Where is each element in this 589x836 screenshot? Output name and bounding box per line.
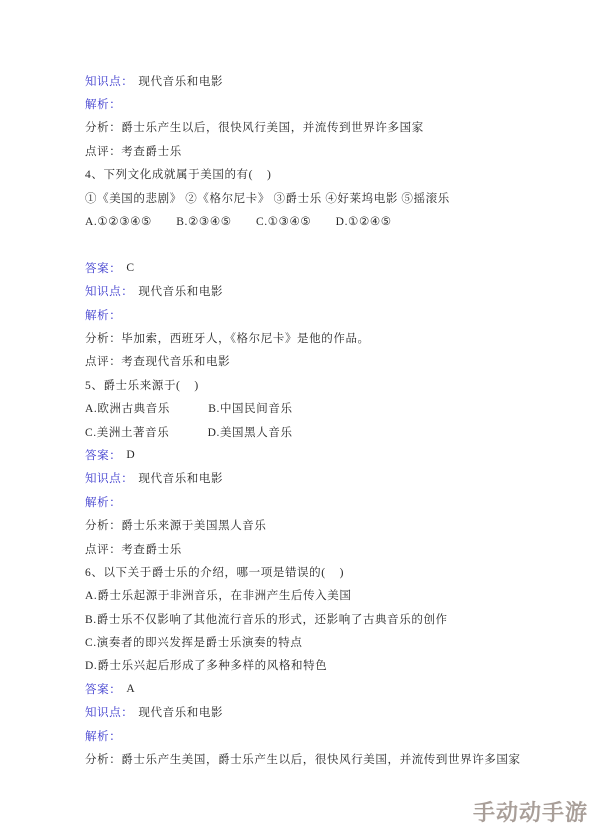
comment-line: 点评：考查现代音乐和电影 bbox=[85, 350, 571, 373]
question-6-stem: 6、以下关于爵士乐的介绍，哪一项是错误的( ) bbox=[85, 560, 571, 583]
answer-value: C bbox=[126, 262, 134, 274]
jiexi-label: 解析： bbox=[85, 96, 121, 112]
line-text: D.爵士乐兴起后形成了多种多样的风格和特色 bbox=[85, 657, 327, 673]
answer-line-q6: 答案： A bbox=[85, 677, 571, 700]
answer-label: 答案： bbox=[85, 447, 121, 463]
line-text: 点评：考查现代音乐和电影 bbox=[85, 353, 230, 369]
line-text: A.①②③④⑤ B.②③④⑤ C.①③④⑤ D.①②④⑤ bbox=[85, 214, 392, 228]
knowledge-point-label: 知识点： bbox=[85, 470, 133, 486]
jiexi-line: 解析： bbox=[85, 92, 571, 115]
question-4-choices: A.①②③④⑤ B.②③④⑤ C.①③④⑤ D.①②④⑤ bbox=[85, 209, 571, 232]
knowledge-point-value: 现代音乐和电影 bbox=[138, 704, 223, 720]
line-text: 分析：爵士乐产生美国，爵士乐产生以后，很快风行美国，并流传到世界许多国家 bbox=[85, 751, 521, 767]
comment-line: 点评：考查爵士乐 bbox=[85, 139, 571, 162]
jiexi-line: 解析： bbox=[85, 303, 571, 326]
line-text: 4、下列文化成就属于美国的有( ) bbox=[85, 166, 271, 182]
question-6-choice-c: C.演奏者的即兴发挥是爵士乐演奏的特点 bbox=[85, 630, 571, 653]
question-6-choice-a: A.爵士乐起源于非洲音乐，在非洲产生后传入美国 bbox=[85, 584, 571, 607]
jiexi-label: 解析： bbox=[85, 494, 121, 510]
knowledge-point-label: 知识点： bbox=[85, 73, 133, 89]
question-5-choices-ab: A.欧洲古典音乐 B.中国民间音乐 bbox=[85, 396, 571, 419]
exam-document: 知识点： 现代音乐和电影 解析： 分析：爵士乐产生以后，很快风行美国，并流传到世… bbox=[85, 69, 571, 771]
watermark: 手动动手游 bbox=[473, 796, 588, 827]
question-5-choices-cd: C.美洲土著音乐 D.美国黑人音乐 bbox=[85, 420, 571, 443]
knowledge-point-value: 现代音乐和电影 bbox=[138, 73, 223, 89]
knowledge-point-line: 知识点： 现代音乐和电影 bbox=[85, 467, 571, 490]
analysis-line: 分析：爵士乐产生以后，很快风行美国，并流传到世界许多国家 bbox=[85, 116, 571, 139]
jiexi-line: 解析： bbox=[85, 490, 571, 513]
knowledge-point-label: 知识点： bbox=[85, 283, 133, 299]
answer-label: 答案： bbox=[85, 681, 121, 697]
question-4-items: ①《美国的悲剧》 ②《格尔尼卡》 ③爵士乐 ④好莱坞电影 ⑤摇滚乐 bbox=[85, 186, 571, 209]
line-text: 分析：爵士乐来源于美国黑人音乐 bbox=[85, 517, 267, 533]
knowledge-point-label: 知识点： bbox=[85, 704, 133, 720]
line-text: A.爵士乐起源于非洲音乐，在非洲产生后传入美国 bbox=[85, 587, 351, 603]
answer-value: A bbox=[126, 683, 135, 695]
line-text: ①《美国的悲剧》 ②《格尔尼卡》 ③爵士乐 ④好莱坞电影 ⑤摇滚乐 bbox=[85, 190, 450, 206]
question-4-stem: 4、下列文化成就属于美国的有( ) bbox=[85, 163, 571, 186]
knowledge-point-line: 知识点： 现代音乐和电影 bbox=[85, 69, 571, 92]
line-text: 点评：考查爵士乐 bbox=[85, 541, 182, 557]
knowledge-point-value: 现代音乐和电影 bbox=[138, 283, 223, 299]
answer-value: D bbox=[126, 449, 135, 461]
analysis-line: 分析：毕加索，西班牙人，《格尔尼卡》是他的作品。 bbox=[85, 326, 571, 349]
line-text: 5、爵士乐来源于( ) bbox=[85, 377, 199, 393]
line-text: 6、以下关于爵士乐的介绍，哪一项是错误的( ) bbox=[85, 564, 344, 580]
knowledge-point-value: 现代音乐和电影 bbox=[138, 470, 223, 486]
line-text: 分析：毕加索，西班牙人，《格尔尼卡》是他的作品。 bbox=[85, 330, 370, 346]
line-text: 点评：考查爵士乐 bbox=[85, 143, 182, 159]
analysis-line: 分析：爵士乐来源于美国黑人音乐 bbox=[85, 513, 571, 536]
blank-line bbox=[85, 233, 571, 256]
answer-label: 答案： bbox=[85, 260, 121, 276]
knowledge-point-line: 知识点： 现代音乐和电影 bbox=[85, 280, 571, 303]
question-6-choice-b: B.爵士乐不仅影响了其他流行音乐的形式，还影响了古典音乐的创作 bbox=[85, 607, 571, 630]
jiexi-label: 解析： bbox=[85, 307, 121, 323]
line-text: C.演奏者的即兴发挥是爵士乐演奏的特点 bbox=[85, 634, 302, 650]
line-text: A.欧洲古典音乐 B.中国民间音乐 bbox=[85, 400, 293, 416]
jiexi-label: 解析： bbox=[85, 728, 121, 744]
knowledge-point-line: 知识点： 现代音乐和电影 bbox=[85, 701, 571, 724]
answer-line-q5: 答案： D bbox=[85, 443, 571, 466]
line-text: 分析：爵士乐产生以后，很快风行美国，并流传到世界许多国家 bbox=[85, 119, 424, 135]
comment-line: 点评：考查爵士乐 bbox=[85, 537, 571, 560]
question-5-stem: 5、爵士乐来源于( ) bbox=[85, 373, 571, 396]
analysis-line: 分析：爵士乐产生美国，爵士乐产生以后，很快风行美国，并流传到世界许多国家 bbox=[85, 747, 571, 770]
line-text: B.爵士乐不仅影响了其他流行音乐的形式，还影响了古典音乐的创作 bbox=[85, 611, 448, 627]
question-6-choice-d: D.爵士乐兴起后形成了多种多样的风格和特色 bbox=[85, 654, 571, 677]
jiexi-line: 解析： bbox=[85, 724, 571, 747]
answer-line-q4: 答案： C bbox=[85, 256, 571, 279]
line-text: C.美洲土著音乐 D.美国黑人音乐 bbox=[85, 424, 293, 440]
